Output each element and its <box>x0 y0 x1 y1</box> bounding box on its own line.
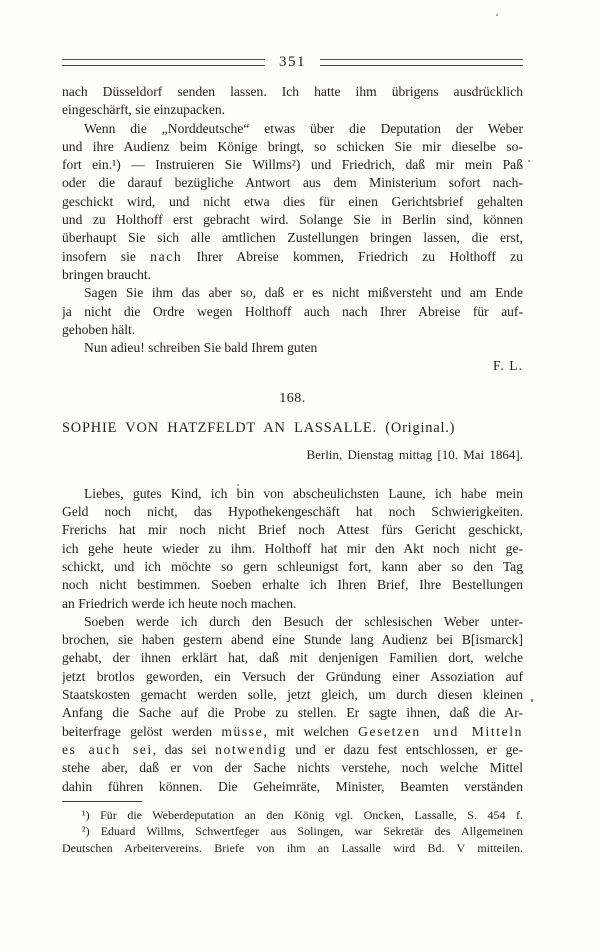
text-line: Soeben werde ich durch den Besuch der sc… <box>62 613 523 631</box>
text-line: Geld noch nicht, das Hypothekengeschäft … <box>62 503 523 521</box>
text-line: ¹) Für die Weberdeputation an den König … <box>62 807 523 824</box>
page-header: 351 <box>62 54 523 70</box>
text-line: geschickt wird, und nicht etwa dies für … <box>62 193 523 211</box>
header-rule-right <box>320 59 523 66</box>
text-line: Sagen Sie ihm das aber so, daß er es nic… <box>62 284 523 302</box>
text-line: insofern sie nach Ihrer Abreise kommen, … <box>62 248 523 266</box>
scan-speck <box>531 699 533 702</box>
text-line: eingeschärft, sie einzupacken. <box>62 101 523 119</box>
letter-end-text: nach Düsseldorf senden lassen. Ich hatte… <box>62 83 523 357</box>
text-line: oder die darauf bezügliche Antwort aus d… <box>62 174 523 192</box>
text-line: gehoben hält. <box>62 321 523 339</box>
text-line: bringen braucht. <box>62 266 523 284</box>
text-line: ja nicht die Ordre wegen Holthoff auch n… <box>62 303 523 321</box>
text-line: gehabt, der ihnen erklärt hat, daß mit d… <box>62 649 523 667</box>
text-line: es auch sei, das sei notwendig und er da… <box>62 741 523 759</box>
text-line: beiterfrage gelöst werden müsse, mit wel… <box>62 723 523 741</box>
text-line: Deutschen Arbeitervereins. Briefe von ih… <box>62 840 523 857</box>
page-number: 351 <box>265 54 320 70</box>
scan-speck <box>496 14 498 16</box>
letter-heading: SOPHIE VON HATZFELDT AN LASSALLE. (Origi… <box>62 419 523 438</box>
letter-spaced-text: notwendig <box>215 742 287 757</box>
text-line: und zu Holthoff erst gebracht wird. Sola… <box>62 211 523 229</box>
text-line: überhaupt Sie sich alle amtlichen Zustel… <box>62 229 523 247</box>
letter-body-text: Liebes, gutes Kind, ich bin von abscheul… <box>62 485 523 796</box>
letter-spaced-text: nach <box>150 249 182 264</box>
section-number: 168. <box>62 390 523 408</box>
text-line: fort ein.¹) — Instruieren Sie Willms²) u… <box>62 156 523 174</box>
text-line: schickt, und ich möchte so gern schleuni… <box>62 558 523 576</box>
footnotes: ¹) Für die Weberdeputation an den König … <box>62 807 523 857</box>
scan-speck <box>528 160 530 162</box>
book-page: 351 nach Düsseldorf senden lassen. Ich h… <box>0 0 600 952</box>
footnote-separator <box>62 801 142 802</box>
text-line: ich gehe heute wieder zu ihm. Holthoff h… <box>62 540 523 558</box>
text-line: jetzt brotlos geworden, ein Versuch der … <box>62 668 523 686</box>
text-line: Frerichs hat mir noch nicht Brief noch A… <box>62 521 523 539</box>
letter-signature: F. L. <box>62 357 523 375</box>
text-line: Liebes, gutes Kind, ich bin von abscheul… <box>62 485 523 503</box>
text-line: nach Düsseldorf senden lassen. Ich hatte… <box>62 83 523 101</box>
text-line: noch nicht bestimmen. Soeben erhalte ich… <box>62 576 523 594</box>
text-line: Anfang die Sache auf die Probe zu stelle… <box>62 704 523 722</box>
letter-dateline: Berlin, Dienstag mittag [10. Mai 1864]. <box>62 446 523 463</box>
header-rule-left <box>62 59 265 66</box>
text-line: Wenn die „Norddeutsche“ etwas über die D… <box>62 120 523 138</box>
letter-spaced-text: Gesetzen und Mitteln <box>358 724 523 739</box>
text-line: Staatskosten gemacht werden solle, jetzt… <box>62 686 523 704</box>
letter-spaced-text: müsse <box>221 724 263 739</box>
text-line: dahin führen können. Die Geheimräte, Min… <box>62 778 523 796</box>
text-line: Nun adieu! schreiben Sie bald Ihrem gute… <box>62 339 523 357</box>
text-line: an Friedrich werde ich heute noch machen… <box>62 595 523 613</box>
text-line: brochen, sie haben gestern abend eine St… <box>62 631 523 649</box>
text-line: stehe aber, daß er von der Sache nichts … <box>62 759 523 777</box>
text-line: und ihre Audienz beim Könige bringt, so … <box>62 138 523 156</box>
scan-speck <box>237 484 239 486</box>
text-line: ²) Eduard Willms, Schwertfeger aus Solin… <box>62 823 523 840</box>
letter-spaced-text: es auch sei <box>62 742 153 757</box>
